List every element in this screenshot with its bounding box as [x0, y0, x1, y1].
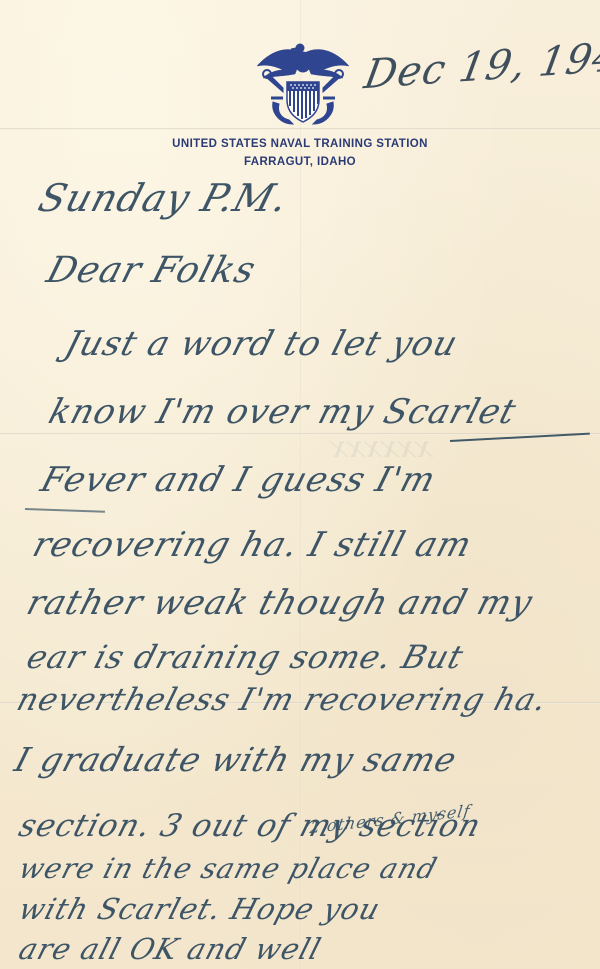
- body-line-10: were in the same place and: [15, 852, 441, 885]
- stray-stroke: [25, 508, 105, 512]
- greeting: Dear Folks: [42, 250, 261, 291]
- body-line-6: ear is draining some. But: [23, 638, 469, 676]
- body-line-2: know I'm over my Scarlet: [44, 392, 521, 432]
- letter-page: xxxxxx: [0, 0, 600, 969]
- body-line-12: are all OK and well: [15, 932, 325, 966]
- body-line-9: section. 3 out of my section: [15, 808, 486, 844]
- letter-date: Dec 19, 1943: [361, 32, 600, 98]
- body-line-11: with Scarlet. Hope you: [15, 892, 384, 926]
- body-line-8: I graduate with my same: [10, 740, 461, 779]
- body-line-5: rather weak though and my: [22, 583, 537, 623]
- body-line-3: Fever and I guess I'm: [36, 460, 440, 500]
- navy-emblem-icon: [253, 40, 353, 128]
- body-line-4: recovering ha. I still am: [28, 525, 476, 565]
- body-line-1: Just a word to let you: [60, 324, 462, 364]
- letterhead-location: FARRAGUT, IDAHO: [0, 156, 600, 168]
- day-of-week: Sunday P.M.: [34, 176, 294, 220]
- body-line-7: nevertheless I'm recovering ha.: [13, 682, 552, 718]
- letterhead-station-name: UNITED STATES NAVAL TRAINING STATION: [0, 138, 600, 150]
